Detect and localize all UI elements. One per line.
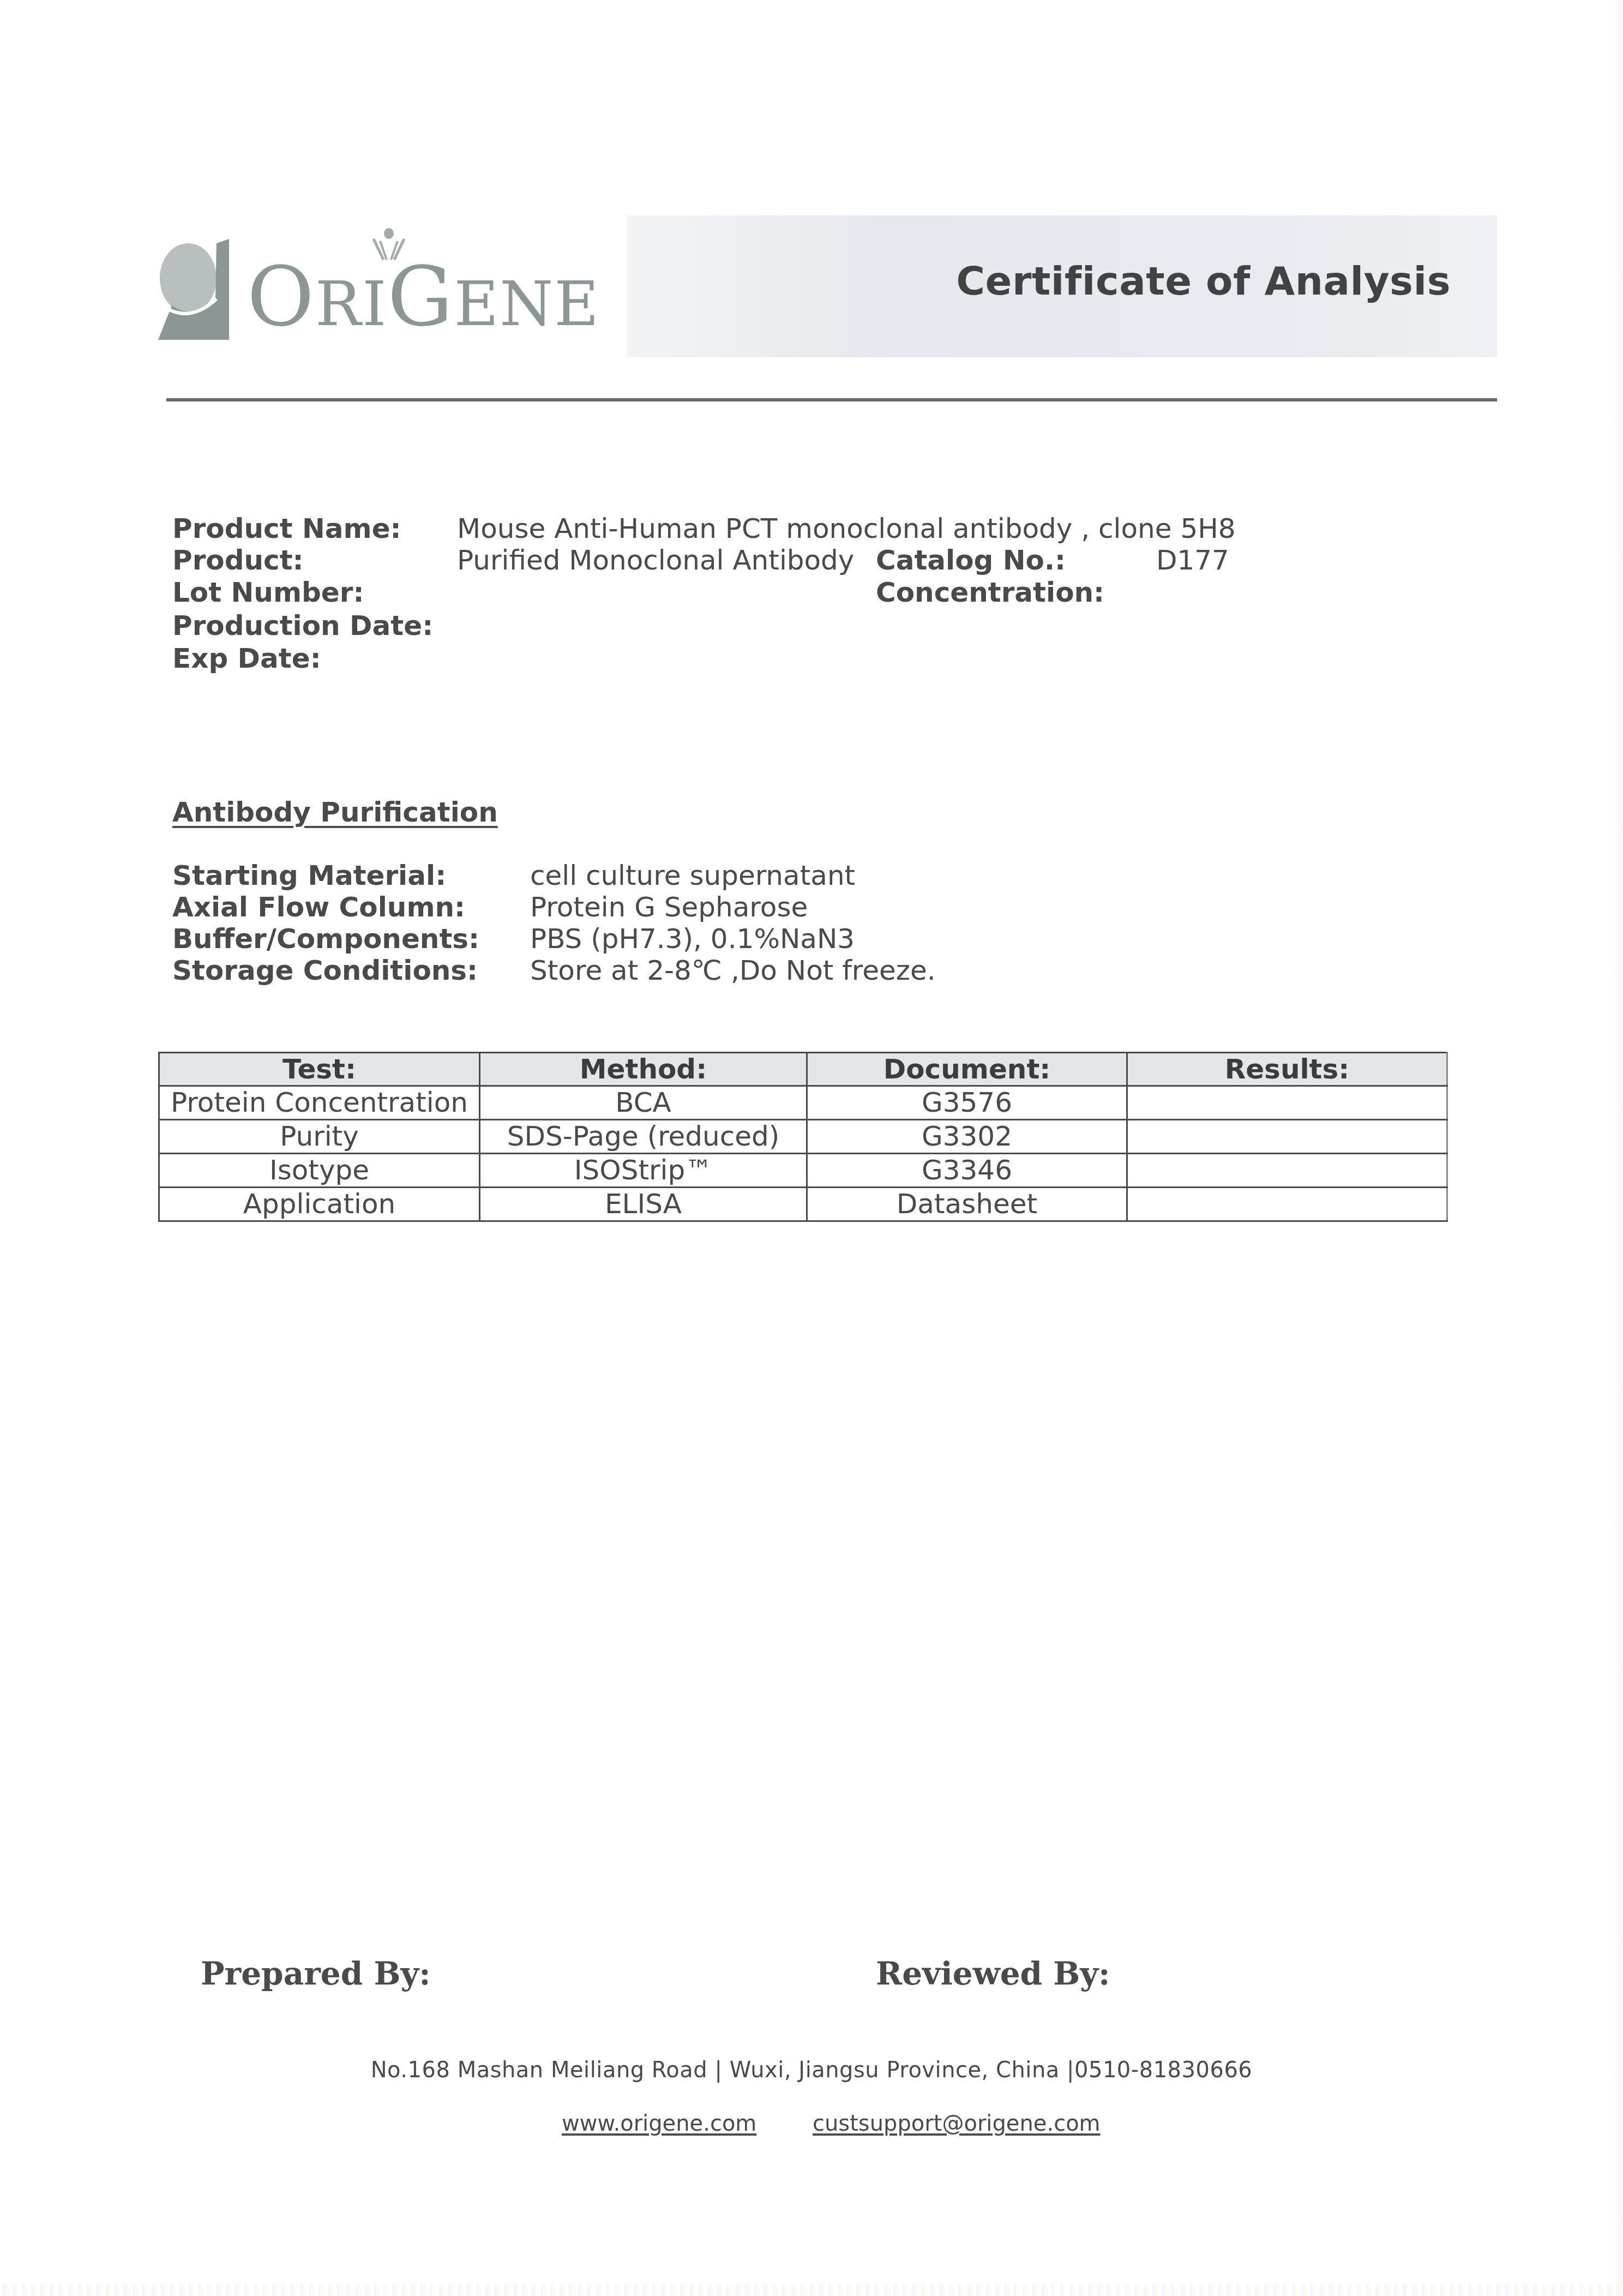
table-row: Protein Concentration BCA G3576 xyxy=(159,1086,1447,1120)
results-cell xyxy=(1127,1120,1447,1154)
origene-logo-text: ORIGENE xyxy=(247,256,600,345)
test-cell: Protein Concentration xyxy=(159,1086,480,1120)
concentration-label: Concentration: xyxy=(876,577,1104,608)
product-label: Product: xyxy=(172,544,304,576)
method-cell: ISOStrip™ xyxy=(480,1154,807,1188)
exp-date-label: Exp Date: xyxy=(172,643,321,674)
table-row: Isotype ISOStrip™ G3346 xyxy=(159,1154,1447,1188)
axial-flow-column-label: Axial Flow Column: xyxy=(172,891,465,923)
header-band: Certificate of Analysis xyxy=(627,215,1497,357)
method-cell: BCA xyxy=(480,1086,807,1120)
product-name-label: Product Name: xyxy=(172,513,401,544)
scan-edge-bottom xyxy=(0,2284,1623,2296)
product-name-value: Mouse Anti-Human PCT monoclonal antibody… xyxy=(457,513,1236,544)
header-divider xyxy=(166,398,1497,401)
method-cell: SDS-Page (reduced) xyxy=(480,1120,807,1154)
column-header-results: Results: xyxy=(1127,1053,1447,1086)
production-date-label: Production Date: xyxy=(172,610,433,642)
test-cell: Purity xyxy=(159,1120,480,1154)
buffer-components-label: Buffer/Components: xyxy=(172,923,479,955)
results-cell xyxy=(1127,1188,1447,1221)
origene-logo-mark-icon xyxy=(155,239,229,340)
starting-material-value: cell culture supernatant xyxy=(530,860,855,891)
table-row: Purity SDS-Page (reduced) G3302 xyxy=(159,1120,1447,1154)
axial-flow-column-value: Protein G Sepharose xyxy=(530,891,808,923)
catalog-value: D177 xyxy=(1156,544,1229,576)
results-cell xyxy=(1127,1154,1447,1188)
buffer-components-value: PBS (pH7.3), 0.1%NaN3 xyxy=(530,923,855,955)
product-value: Purified Monoclonal Antibody xyxy=(457,544,854,576)
email-link[interactable]: custsupport@origene.com xyxy=(813,2111,1101,2136)
document-cell: G3576 xyxy=(807,1086,1127,1120)
document-cell: G3302 xyxy=(807,1120,1127,1154)
column-header-test: Test: xyxy=(159,1053,480,1086)
document-cell: Datasheet xyxy=(807,1188,1127,1221)
table-header-row: Test: Method: Document: Results: xyxy=(159,1053,1447,1086)
table-row: Application ELISA Datasheet xyxy=(159,1188,1447,1221)
qc-results-table: Test: Method: Document: Results: Protein… xyxy=(158,1052,1448,1222)
footer-address: No.168 Mashan Meiliang Road | Wuxi, Jian… xyxy=(0,2058,1623,2083)
origene-logo: ORIGENE xyxy=(155,228,608,343)
document-cell: G3346 xyxy=(807,1154,1127,1188)
reviewed-by-label: Reviewed By: xyxy=(876,1955,1110,1992)
results-cell xyxy=(1127,1086,1447,1120)
column-header-method: Method: xyxy=(480,1053,807,1086)
method-cell: ELISA xyxy=(480,1188,807,1221)
storage-conditions-label: Storage Conditions: xyxy=(172,955,478,986)
test-cell: Isotype xyxy=(159,1154,480,1188)
storage-conditions-value: Store at 2-8℃ ,Do Not freeze. xyxy=(530,955,936,986)
lot-number-label: Lot Number: xyxy=(172,577,364,608)
scan-edge-right xyxy=(1614,0,1623,2296)
test-cell: Application xyxy=(159,1188,480,1221)
website-link[interactable]: www.origene.com xyxy=(562,2111,756,2136)
prepared-by-label: Prepared By: xyxy=(201,1955,431,1992)
catalog-label: Catalog No.: xyxy=(876,544,1066,576)
starting-material-label: Starting Material: xyxy=(172,860,446,891)
purification-heading: Antibody Purification xyxy=(172,796,498,828)
column-header-document: Document: xyxy=(807,1053,1127,1086)
document-title: Certificate of Analysis xyxy=(956,258,1451,304)
